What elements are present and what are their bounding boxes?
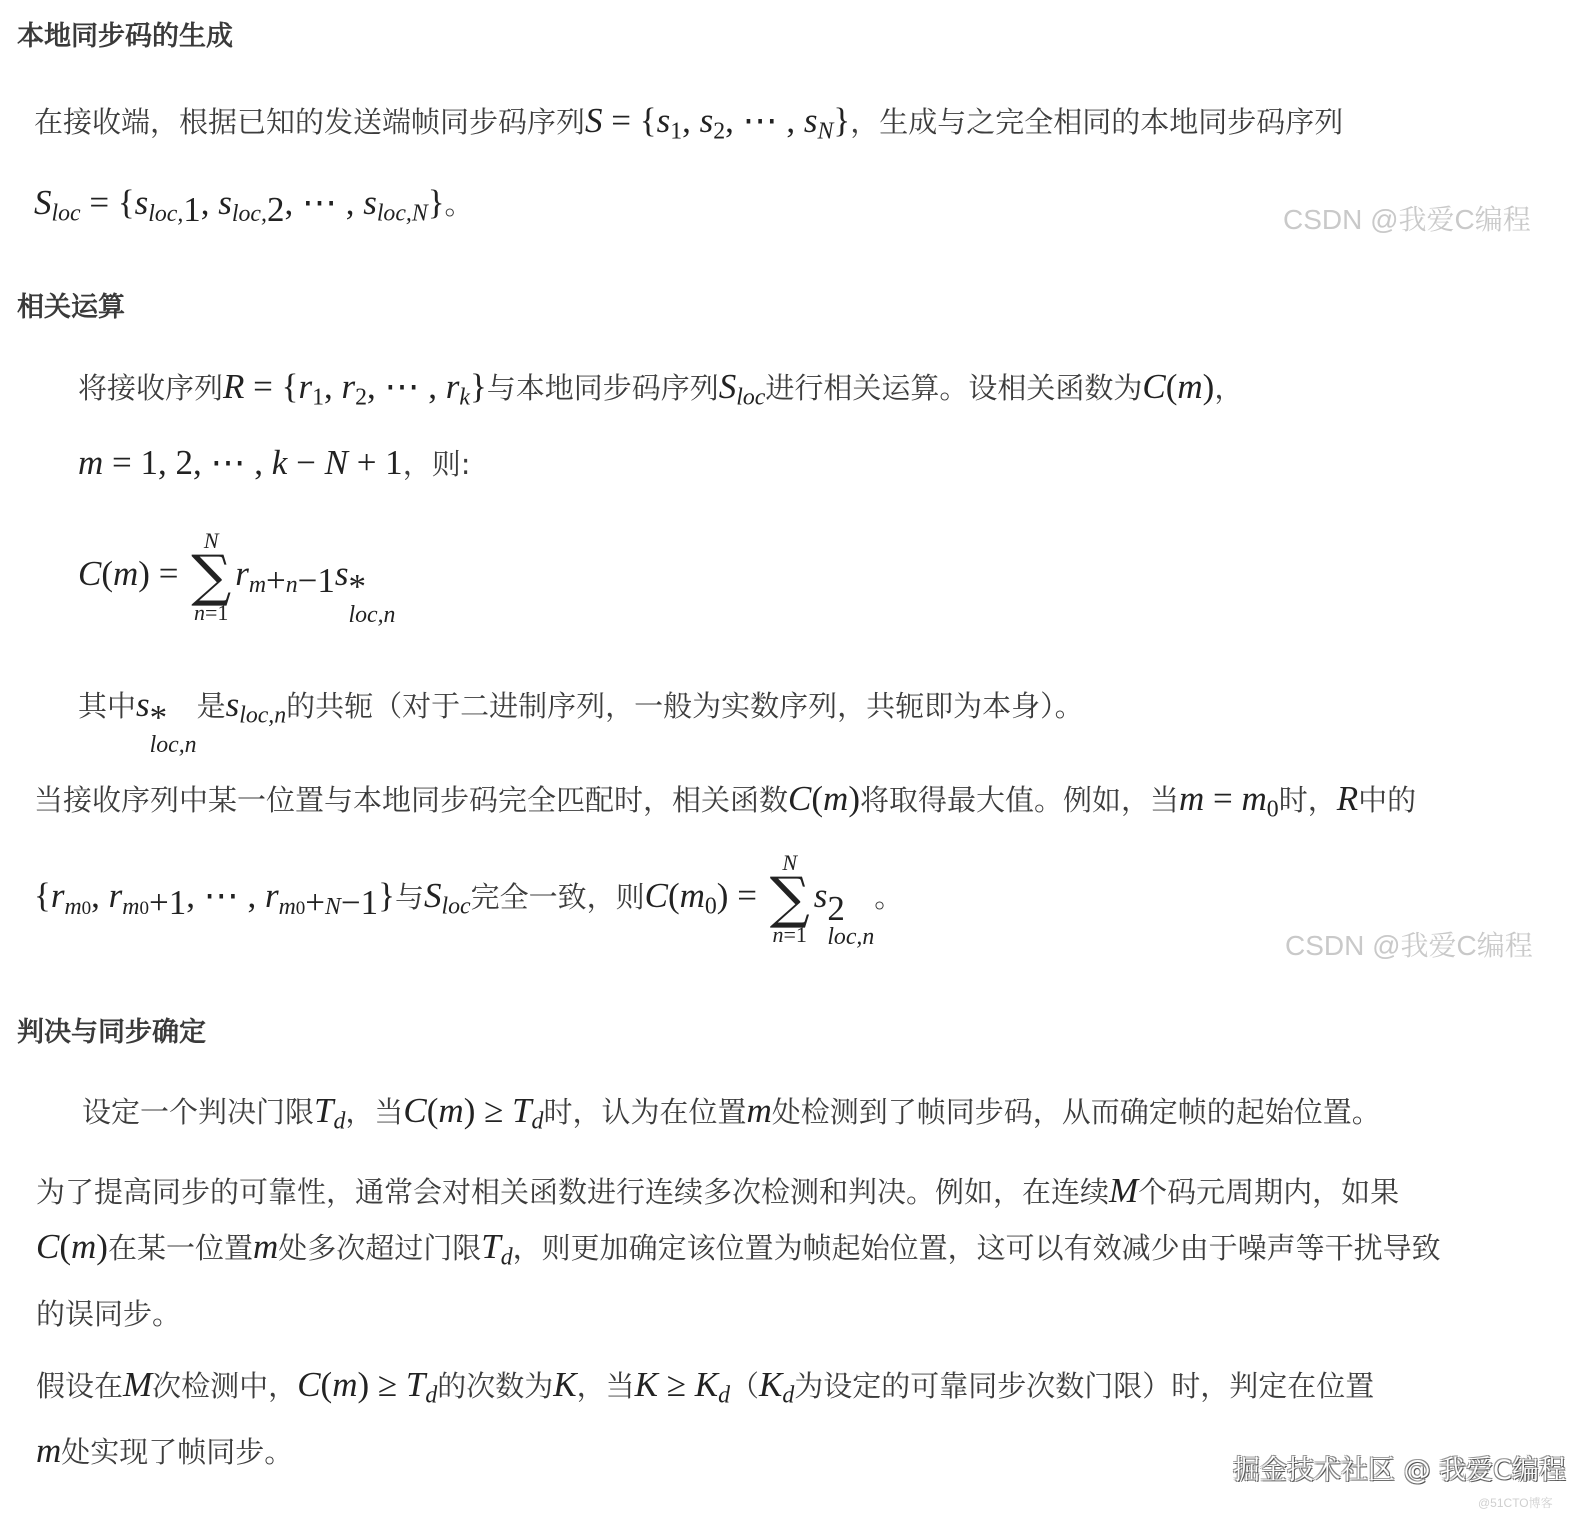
text: 时，认为在位置 xyxy=(543,1095,746,1129)
paragraph-line: 假设在M次检测中，C(m) ≥ Td的次数为K，当K ≥ Kd（Kd为设定的可靠… xyxy=(36,1364,1374,1410)
paragraph-line: 当接收序列中某一位置与本地同步码完全匹配时，相关函数C(m)将取得最大值。例如，… xyxy=(34,778,1416,824)
math-R-set: R = {r1, r2, ⋯ , rk} xyxy=(223,367,487,406)
math-Sloc: Sloc xyxy=(424,876,471,915)
math-m: m xyxy=(746,1091,771,1130)
math-Sloc: Sloc xyxy=(719,367,766,406)
math-Sloc-set: Sloc = {sloc,1, sloc,2, ⋯ , sloc,N} xyxy=(34,183,445,222)
paragraph-line: 在接收端，根据已知的发送端帧同步码序列S = {s1, s2, ⋯ , sN}，… xyxy=(34,100,1343,146)
text: 在某一位置 xyxy=(108,1231,253,1265)
paragraph-line: m = 1, 2, ⋯ , k − N + 1，则: xyxy=(78,442,470,483)
math-Cm-ge-Td: C(m) ≥ Td xyxy=(297,1365,437,1404)
math-Cm0-sum: C(m0) = N∑n=1s2loc,n xyxy=(645,876,875,915)
section-heading-local-sync-code: 本地同步码的生成 xyxy=(17,14,233,53)
text: 处实现了帧同步。 xyxy=(61,1435,293,1469)
watermark-51cto: @51CTO博客 xyxy=(1478,1494,1553,1511)
section-heading-decision: 判决与同步确定 xyxy=(17,1010,206,1049)
formula-correlation: C(m) = N∑n=1rm+n−1s*loc,n xyxy=(78,530,395,626)
math-s-conj: s*loc,n xyxy=(136,685,197,724)
text: 将取得最大值。例如，当 xyxy=(860,783,1179,817)
watermark-csdn: CSDN @我爱C编程 xyxy=(1285,924,1533,964)
text: 进行相关运算。设相关函数为 xyxy=(765,371,1142,405)
math-Cm: C(m) xyxy=(36,1227,108,1266)
paragraph-line: m处实现了帧同步。 xyxy=(36,1430,293,1471)
text: 在接收端，根据已知的发送端帧同步码序列 xyxy=(34,105,585,139)
paragraph-line: {rm0, rm0+1, ⋯ , rm0+N−1}与Sloc完全一致，则C(m0… xyxy=(34,852,903,948)
math-Kd: Kd xyxy=(759,1365,794,1404)
math-Td: Td xyxy=(481,1227,512,1266)
text: 处检测到了帧同步码，从而确定帧的起始位置。 xyxy=(772,1095,1381,1129)
math-M: M xyxy=(1109,1171,1138,1210)
text: 与本地同步码序列 xyxy=(487,371,719,405)
math-S-set: S = {s1, s2, ⋯ , sN} xyxy=(585,101,850,140)
math-m: m xyxy=(36,1431,61,1470)
text: ，生成与之完全相同的本地同步码序列 xyxy=(850,105,1343,139)
math-Cm-ge-Td: C(m) ≥ Td xyxy=(403,1091,543,1130)
math-Cm: C(m) xyxy=(1142,367,1214,406)
sum-icon: N∑n=1 xyxy=(770,852,810,946)
paragraph-line: 为了提高同步的可靠性，通常会对相关函数进行连续多次检测和判决。例如，在连续M个码… xyxy=(36,1170,1399,1211)
text: 。 xyxy=(445,187,474,221)
paragraph-line: 设定一个判决门限Td，当C(m) ≥ Td时，认为在位置m处检测到了帧同步码，从… xyxy=(82,1090,1381,1136)
section-heading-correlation: 相关运算 xyxy=(17,285,125,324)
text: 当接收序列中某一位置与本地同步码完全匹配时，相关函数 xyxy=(34,783,788,817)
text: 时， xyxy=(1279,783,1337,817)
math-r-subset: {rm0, rm0+1, ⋯ , rm0+N−1} xyxy=(34,876,395,915)
text: 设定一个判决门限 xyxy=(82,1095,314,1129)
text: ，则更加确定该位置为帧起始位置，这可以有效减少由于噪声等干扰导致 xyxy=(513,1231,1441,1265)
text: 中的 xyxy=(1358,783,1416,817)
text: 的共轭（对于二进制序列，一般为实数序列，共轭即为本身）。 xyxy=(286,689,1084,723)
math-R: R xyxy=(1337,779,1358,818)
text: ， xyxy=(1214,371,1243,405)
math-K-ge-Kd: K ≥ Kd xyxy=(635,1365,730,1404)
math-m-eq-m0: m = m0 xyxy=(1179,779,1279,818)
paragraph-line: C(m)在某一位置m处多次超过门限Td，则更加确定该位置为帧起始位置，这可以有效… xyxy=(36,1226,1441,1272)
text: 的误同步。 xyxy=(36,1297,181,1331)
text: 。 xyxy=(874,880,903,914)
paragraph-line: Sloc = {sloc,1, sloc,2, ⋯ , sloc,N}。 xyxy=(34,182,474,230)
math-Cm: C(m) xyxy=(788,779,860,818)
watermark-juejin: 掘金技术社区 @ 我爱C编程 xyxy=(1233,1448,1566,1487)
text: ，则: xyxy=(403,447,471,481)
text: 是 xyxy=(197,689,226,723)
math-m-range: m = 1, 2, ⋯ , k − N + 1 xyxy=(78,443,403,482)
math-Td: Td xyxy=(314,1091,345,1130)
text: ，当 xyxy=(577,1369,635,1403)
paragraph-line: 其中s*loc,n是sloc,n的共轭（对于二进制序列，一般为实数序列，共轭即为… xyxy=(78,684,1084,757)
text: 处多次超过门限 xyxy=(278,1231,481,1265)
text: 假设在 xyxy=(36,1369,123,1403)
text: 与 xyxy=(395,880,424,914)
paragraph-line: 将接收序列R = {r1, r2, ⋯ , rk}与本地同步码序列Sloc进行相… xyxy=(78,366,1243,412)
text: 为了提高同步的可靠性，通常会对相关函数进行连续多次检测和判决。例如，在连续 xyxy=(36,1175,1109,1209)
text: ，当 xyxy=(345,1095,403,1129)
math-s-locn: sloc,n xyxy=(226,685,287,724)
watermark-csdn: CSDN @我爱C编程 xyxy=(1283,198,1531,238)
paragraph-line: 的误同步。 xyxy=(36,1292,181,1333)
sum-icon: N∑n=1 xyxy=(191,530,231,624)
math-m: m xyxy=(253,1227,278,1266)
text: 次检测中， xyxy=(152,1369,297,1403)
text: 个码元周期内，如果 xyxy=(1138,1175,1399,1209)
text: 其中 xyxy=(78,689,136,723)
math-K: K xyxy=(553,1365,576,1404)
text: 的次数为 xyxy=(437,1369,553,1403)
text: （ xyxy=(730,1369,759,1403)
math-M: M xyxy=(123,1365,152,1404)
text: 为设定的可靠同步次数门限）时，判定在位置 xyxy=(794,1369,1374,1403)
text: 将接收序列 xyxy=(78,371,223,405)
text: 完全一致，则 xyxy=(471,880,645,914)
math-formula: C(m) = N∑n=1rm+n−1s*loc,n xyxy=(78,554,395,593)
